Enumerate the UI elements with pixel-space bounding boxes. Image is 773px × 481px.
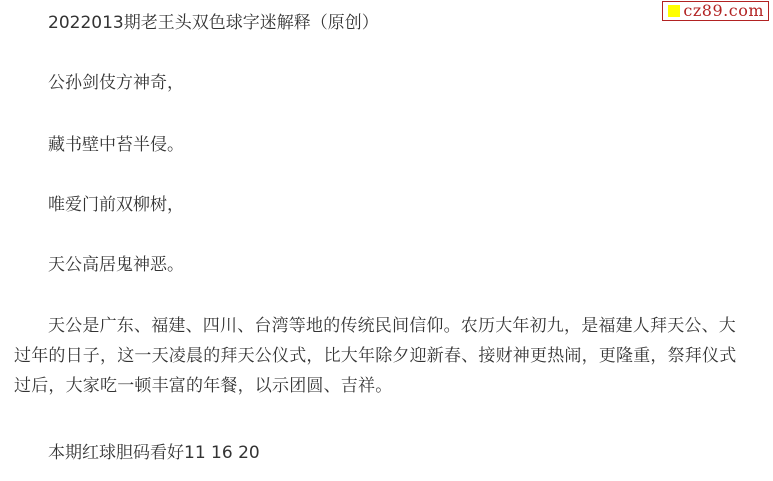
watermark-text: cz89.com (683, 2, 764, 20)
article-title: 2022013期老王头双色球字迷解释（原创） (48, 8, 379, 38)
poem-line-4: 天公高居鬼神恶。 (48, 250, 184, 280)
yellow-square-icon (668, 5, 680, 17)
poem-line-1: 公孙剑伎方神奇， (48, 68, 184, 98)
site-watermark: cz89.com (662, 1, 769, 21)
red-ball-recommendation: 本期红球胆码看好11 16 20 (48, 438, 260, 468)
explanation-paragraph: 天公是广东、福建、四川、台湾等地的传统民间信仰。农历大年初九，是福建人拜天公、大… (14, 311, 749, 401)
poem-line-3: 唯爱门前双柳树， (48, 190, 184, 220)
poem-line-2: 藏书壁中苔半侵。 (48, 130, 184, 160)
